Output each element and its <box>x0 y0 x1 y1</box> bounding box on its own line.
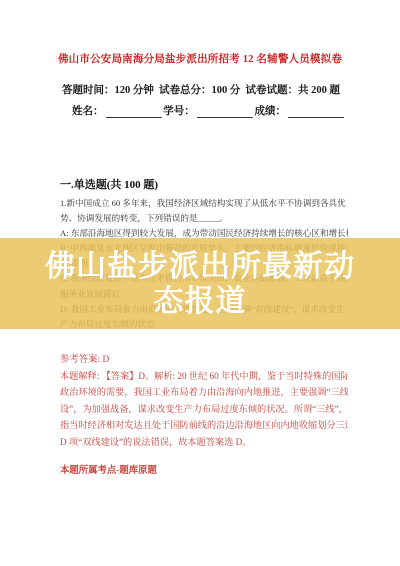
name-blank-line <box>106 106 162 118</box>
student-id-field: 学号： <box>163 103 253 118</box>
reference-answer: 参考答案: D <box>60 351 109 365</box>
score-field-label: 成绩： <box>255 103 287 118</box>
explanation-line: 本题解释: 【答案】D。解析: 20 世纪 60 年代中期，鉴于当时特殊的国际国… <box>60 368 348 384</box>
meta-total-score: 试卷总分：100 分 <box>159 82 240 97</box>
exam-point-footer-note: 本题所属考点-题库原题 <box>60 462 157 476</box>
explanation-line: D 项“双线建设”的说法错误，故本题答案选 D。 <box>60 434 348 450</box>
meta-question-count: 试卷试题：共 200 题 <box>246 82 341 97</box>
exam-fields-row: 姓名： 学号： 成绩： <box>72 103 344 118</box>
question-line: 1.新中国成立 60 多年来，我国经济区域结构实现了从低水平不协调到各具优 <box>60 196 348 211</box>
watermark-text-line-1: 佛山盐步派出所最新动 <box>45 249 355 284</box>
score-field: 成绩： <box>255 103 345 118</box>
watermark-text-line-2: 态报道 <box>154 284 247 319</box>
meta-duration: 答题时间：120 分钟 <box>62 82 154 97</box>
student-id-blank-line <box>197 106 253 118</box>
exam-title: 佛山市公安局南海分局盐步派出所招考 12 名辅警人员模拟卷 <box>0 51 400 66</box>
explanation-line: 设”，为加强战备，谋求改变生产力布局过度东倾的状况。所谓“三线”，一般 <box>60 401 348 417</box>
watermark-overlay-banner: 佛山盐步派出所最新动 态报道 <box>0 238 400 329</box>
question-line: 势、协调发展的转变，下列错误的是_____。 <box>60 211 348 226</box>
exam-meta-row: 答题时间：120 分钟 试卷总分：100 分 试卷试题：共 200 题 <box>62 82 340 97</box>
student-id-field-label: 学号： <box>163 103 195 118</box>
section-title: 一.单选题(共 100 题) <box>60 176 158 192</box>
explanation-block: 本题解释: 【答案】D。解析: 20 世纪 60 年代中期，鉴于当时特殊的国际国… <box>60 368 348 450</box>
score-blank-line <box>288 106 344 118</box>
name-field: 姓名： <box>72 103 162 118</box>
explanation-line: 指当时经济相对发达且处于国防前线的沿边沿海地区向内地收缩划分三道线。 <box>60 417 348 433</box>
explanation-line: 政治环境的需要，我国工业布局着力由沿海向内地推进，主要强调“三线建 <box>60 384 348 400</box>
name-field-label: 姓名： <box>72 103 104 118</box>
exam-paper-page: 佛山市公安局南海分局盐步派出所招考 12 名辅警人员模拟卷 答题时间：120 分… <box>0 0 400 566</box>
